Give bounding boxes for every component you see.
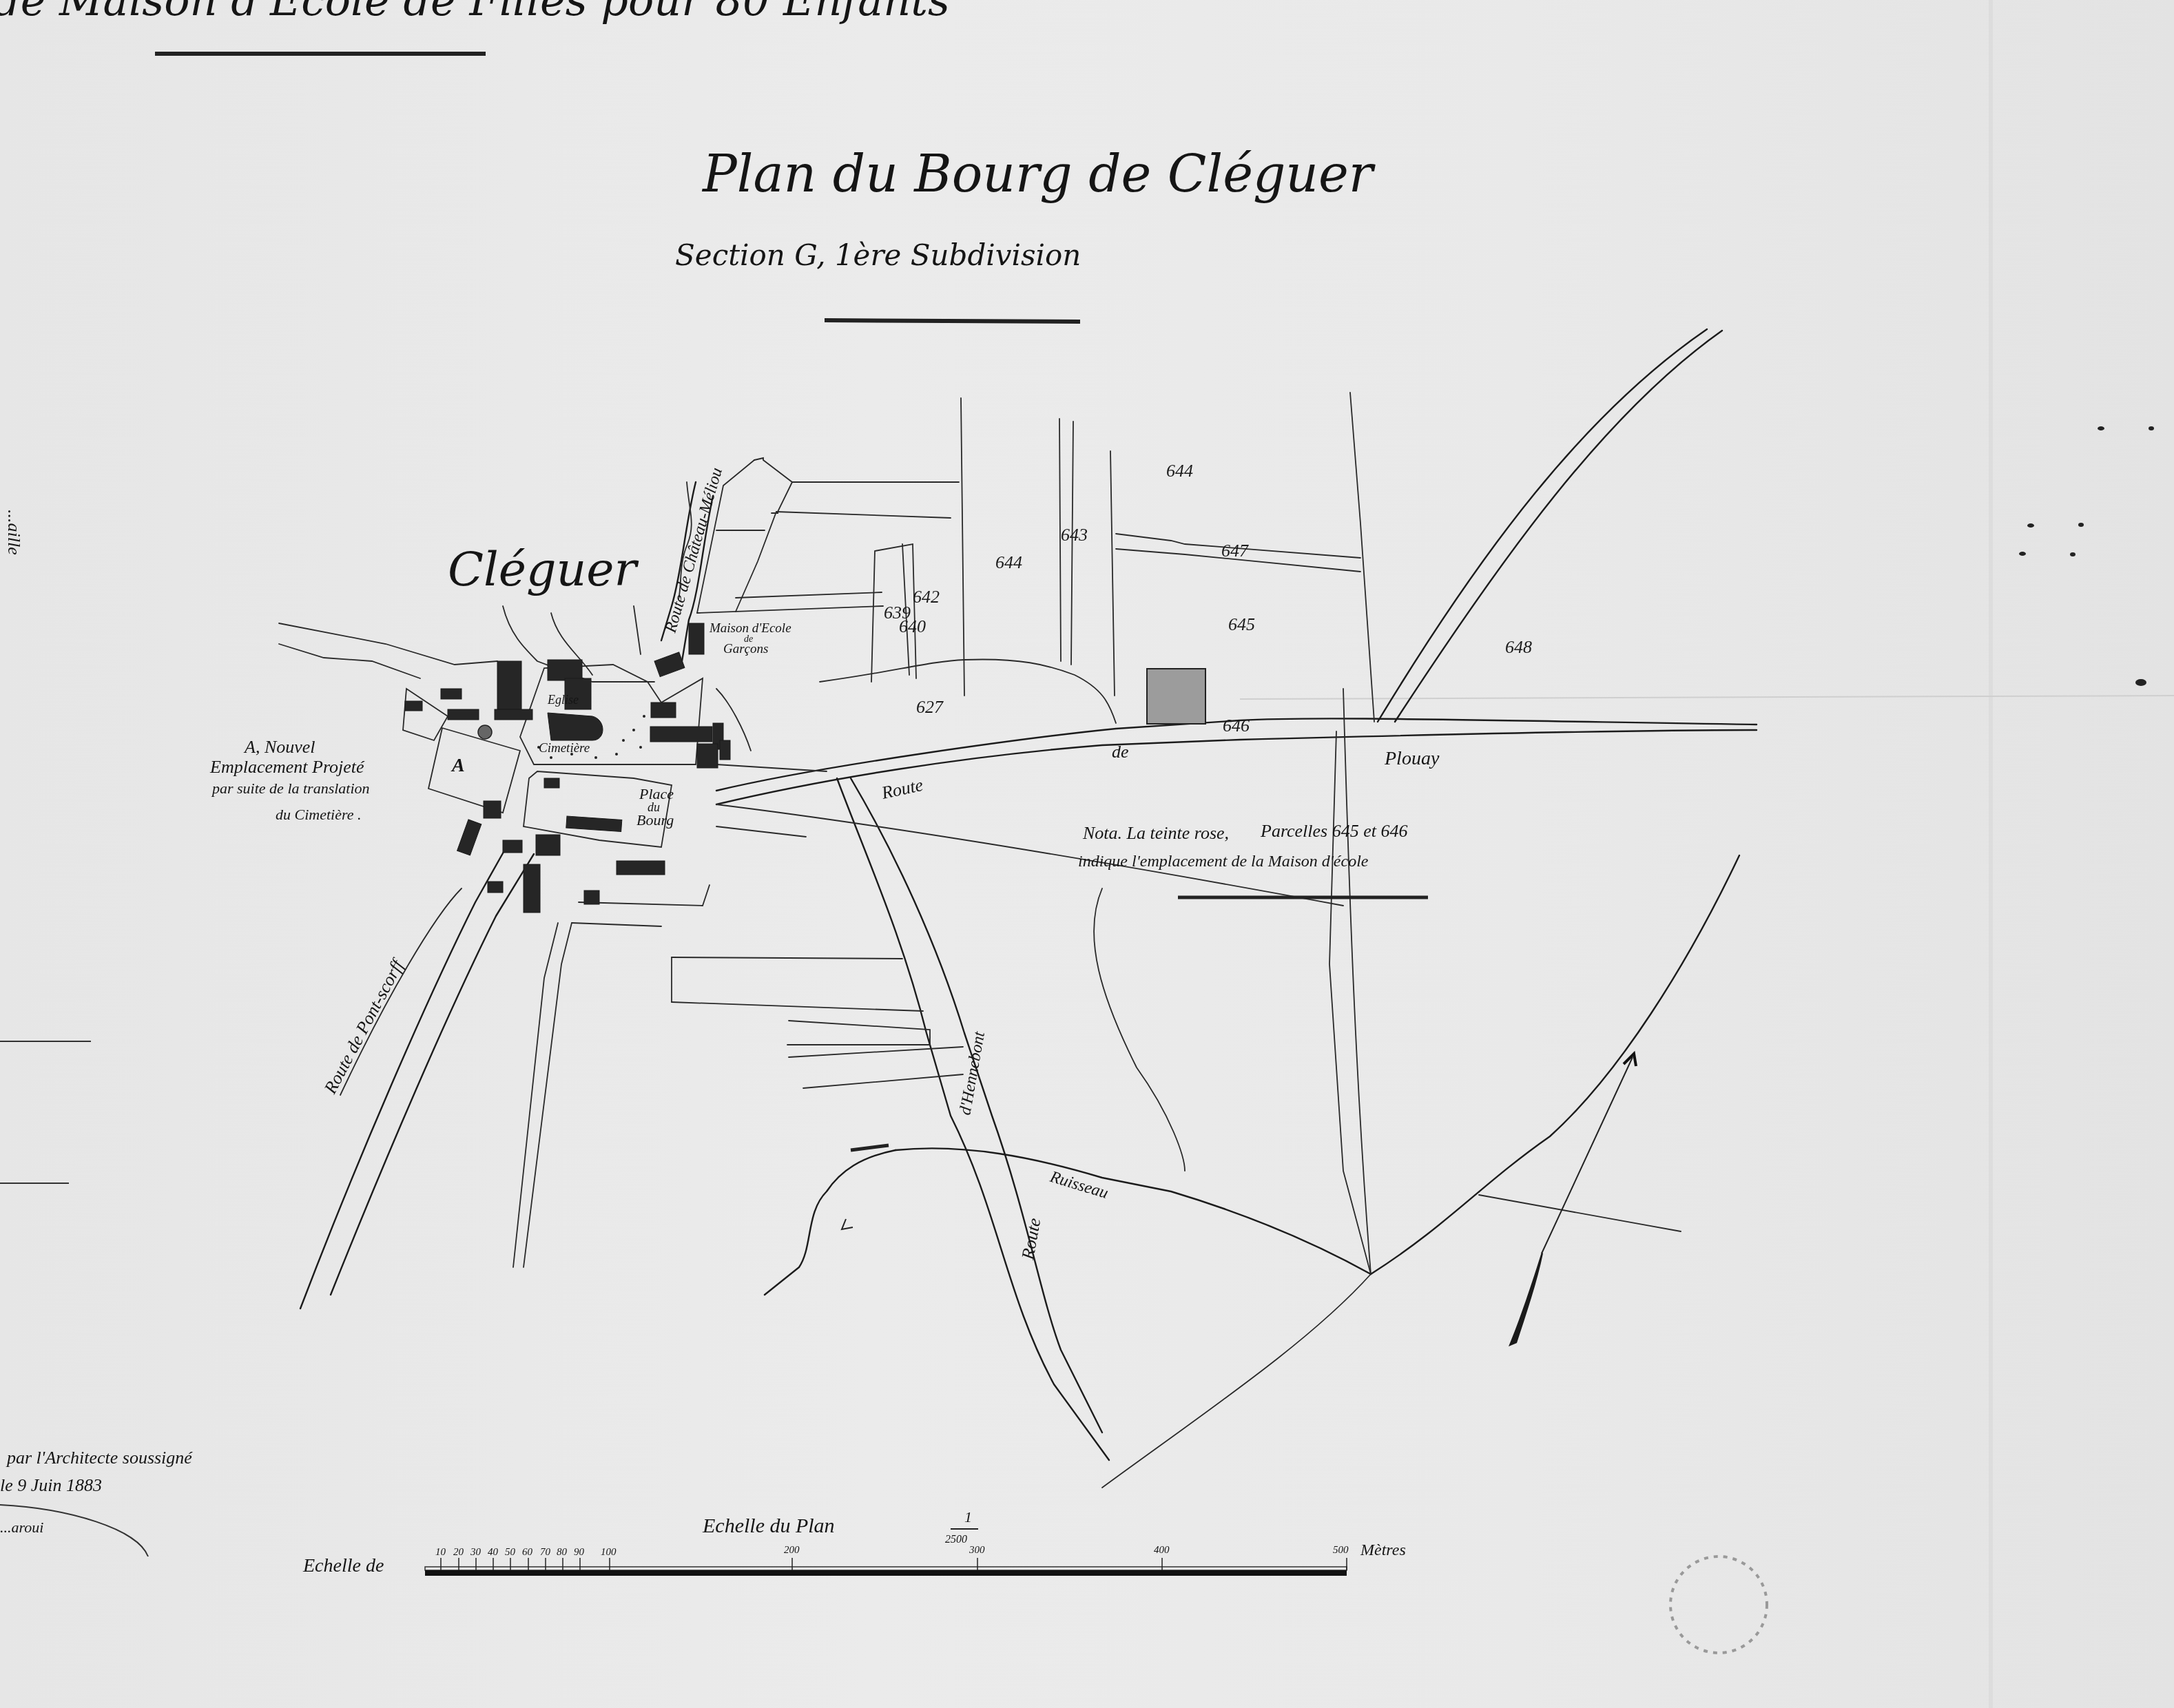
- label-cimetiere: Cimetière: [539, 741, 590, 756]
- parcel-boundaries: [279, 329, 1757, 1488]
- scale-unit: Mètres: [1360, 1541, 1406, 1559]
- svg-text:10: 10: [435, 1547, 446, 1558]
- svg-text:70: 70: [540, 1547, 551, 1558]
- archive-stamp: [1670, 1556, 1767, 1653]
- svg-text:40: 40: [488, 1547, 499, 1558]
- label-garcons: Garçons: [723, 642, 768, 656]
- map-sheet: de Maison d'Ecole de Filles pour 80 Enfa…: [0, 0, 2174, 1708]
- svg-text:400: 400: [1154, 1545, 1170, 1556]
- label-maison-ecole: Maison d'Ecole: [709, 621, 791, 636]
- nota-line1b: Parcelles 645 et 646: [1260, 821, 1407, 841]
- svg-text:60: 60: [522, 1547, 533, 1558]
- nota-block: Nota. La teinte rose, Parcelles 645 et 6…: [1078, 821, 1428, 897]
- legend-a-line2: Emplacement Projeté: [209, 757, 365, 777]
- school-site-highlight[interactable]: [1147, 669, 1205, 724]
- page-title: Plan du Bourg de Cléguer: [701, 145, 1376, 204]
- parcel-648[interactable]: 648: [1505, 637, 1532, 657]
- svg-text:20: 20: [453, 1547, 464, 1558]
- label-route-plouay-3: Plouay: [1384, 748, 1440, 769]
- scale-ratio-den: 2500: [945, 1534, 967, 1545]
- label-bourg: Bourg: [636, 811, 674, 829]
- svg-text:300: 300: [969, 1545, 985, 1556]
- legend-a-line1: A, Nouvel: [243, 737, 315, 757]
- parcel-644-south[interactable]: 644: [995, 552, 1022, 572]
- label-eglise: Eglise: [547, 693, 579, 707]
- scale-ratio-num: 1: [964, 1508, 972, 1525]
- crease-line: [1240, 696, 2174, 699]
- site-a-plot: [428, 728, 520, 813]
- page-subtitle: Section G, 1ère Subdivision: [675, 238, 1081, 272]
- svg-text:100: 100: [601, 1547, 617, 1558]
- left-margin-text: ...aille: [4, 510, 24, 555]
- nota-line1a: Nota. La teinte rose,: [1082, 823, 1229, 843]
- legend-a-line3: par suite de la translation: [211, 780, 370, 797]
- signature-mark: ...aroui: [0, 1519, 43, 1536]
- top-banner-text: de Maison d'Ecole de Filles pour 80 Enfa…: [0, 0, 950, 25]
- label-route-hennebont-1: d'Hennebont: [956, 1030, 988, 1116]
- label-route-plouay-2: de: [1112, 742, 1129, 762]
- svg-text:50: 50: [505, 1547, 516, 1558]
- parcel-645[interactable]: 645: [1228, 614, 1255, 634]
- parcel-646[interactable]: 646: [1223, 716, 1250, 736]
- parcel-644-north[interactable]: 644: [1166, 461, 1193, 481]
- scale-title: Echelle du Plan: [702, 1514, 835, 1537]
- nota-line2: indique l'emplacement de la Maison d'éco…: [1078, 853, 1369, 871]
- stream-flow-arrow-icon: [851, 1145, 889, 1150]
- town-label: Cléguer: [448, 543, 639, 597]
- signature-line1: par l'Architecte soussigné: [6, 1448, 193, 1468]
- label-route-hennebont-2: Route: [1017, 1216, 1044, 1262]
- scale-bar: Echelle du Plan 1 2500 Echelle de 10 20 …: [302, 1508, 1406, 1576]
- signature-date: le 9 Juin 1883: [0, 1475, 102, 1495]
- legend-a-line4: du Cimetière .: [276, 806, 361, 823]
- scale-prefix: Echelle de: [302, 1555, 384, 1576]
- svg-text:200: 200: [784, 1545, 800, 1556]
- parcel-643[interactable]: 643: [1061, 525, 1088, 545]
- north-arrow-icon: [1509, 1054, 1636, 1346]
- parcel-642[interactable]: 642: [913, 587, 940, 607]
- label-route-plouay-1: Route: [879, 775, 924, 803]
- parcel-640[interactable]: 640: [899, 616, 926, 636]
- parcel-627[interactable]: 627: [916, 697, 944, 717]
- svg-text:90: 90: [574, 1547, 585, 1558]
- svg-text:30: 30: [470, 1547, 482, 1558]
- parcel-647[interactable]: 647: [1221, 541, 1249, 561]
- label-site-a: A: [451, 755, 465, 776]
- legend-site-a: A, Nouvel Emplacement Projeté par suite …: [209, 737, 370, 823]
- pin-marks: [2019, 426, 2154, 686]
- svg-text:500: 500: [1333, 1545, 1349, 1556]
- svg-text:80: 80: [557, 1547, 568, 1558]
- title-underline: [825, 320, 1080, 322]
- label-ruisseau: Ruisseau: [1047, 1168, 1110, 1202]
- map-canvas: de Maison d'Ecole de Filles pour 80 Enfa…: [0, 0, 2174, 1708]
